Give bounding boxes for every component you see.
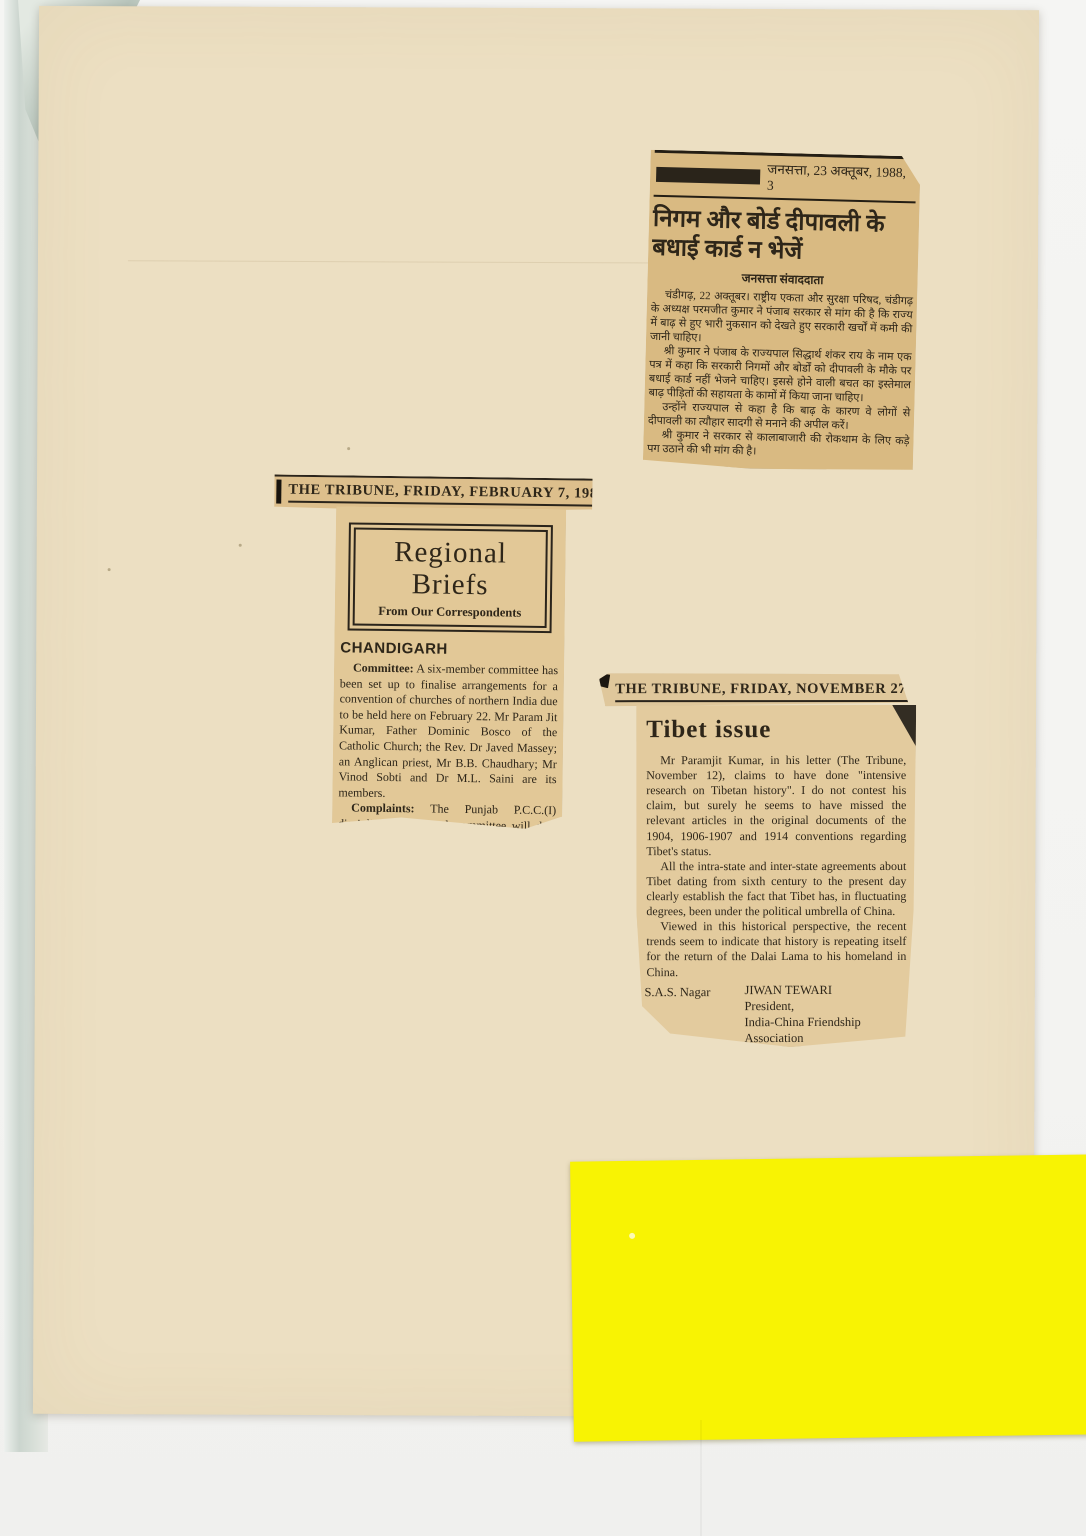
clipping-tribune-regional-briefs: THE TRIBUNE, FRIDAY, FEBRUARY 7, 1986 (3… (270, 474, 593, 830)
tibet-paragraph: All the intra-state and inter-state agre… (646, 859, 906, 920)
masthead-column-rule (276, 480, 281, 504)
letter-signature: JIWAN TEWARI President, India-China Frie… (744, 982, 916, 1062)
backing-crease (700, 1420, 702, 1536)
masthead-black-bar (656, 166, 760, 184)
regional-briefs-subtitle: From Our Correspondents (359, 604, 541, 621)
torn-edge-spot (640, 1011, 648, 1021)
jansatta-masthead: जनसत्ता, 23 अक्तूबर, 1988, 3 (767, 160, 915, 198)
clipping-tribune-tibet: THE TRIBUNE, FRIDAY, NOVEMBER 27, 1987 (… (599, 673, 955, 1053)
tibet-paragraph: Viewed in this historical perspective, t… (646, 919, 906, 980)
torn-text-remnant (338, 850, 552, 860)
tribune-feb-column: Regional Briefs From Our Correspondents … (332, 506, 566, 829)
jansatta-paragraph: चंडीगढ़, 22 अक्तूबर। राष्ट्रीय एकता और स… (650, 287, 913, 350)
paper-speck (239, 544, 242, 547)
tibet-paragraph: Mr Paramjit Kumar, in his letter (The Tr… (646, 753, 906, 859)
tibet-issue-headline: Tibet issue (646, 716, 916, 744)
committee-paragraph: Committee: A six-member committee has be… (338, 660, 558, 803)
tribune-feb-masthead: THE TRIBUNE, FRIDAY, FEBRUARY 7, 1986 (3… (288, 482, 628, 507)
paper-speck (108, 568, 111, 571)
regional-briefs-box: Regional Briefs From Our Correspondents (348, 522, 553, 633)
tribune-nov-masthead: THE TRIBUNE, FRIDAY, NOVEMBER 27, 1987 (… (615, 681, 969, 702)
letter-place: S.A.S. Nagar (644, 985, 710, 1000)
yellow-card (570, 1154, 1086, 1441)
tribune-nov-masthead-strip: THE TRIBUNE, FRIDAY, NOVEMBER 27, 1987 (… (599, 673, 908, 706)
scanned-scrapbook-page: जनसत्ता, 23 अक्तूबर, 1988, 3 निगम और बोर… (0, 0, 1086, 1536)
clipping-jansatta: जनसत्ता, 23 अक्तूबर, 1988, 3 निगम और बोर… (643, 150, 921, 473)
paper-speck (347, 447, 350, 450)
jansatta-masthead-strip: जनसत्ता, 23 अक्तूबर, 1988, 3 (654, 150, 917, 204)
tribune-nov-column: Tibet issue Mr Paramjit Kumar, in his le… (636, 705, 916, 1047)
masthead-ink-blob (599, 673, 610, 688)
yellow-card-speck (629, 1233, 635, 1239)
complaints-paragraph: Complaints: The Punjab P.C.C.(I) discipl… (338, 801, 557, 851)
section-chandigarh: CHANDIGARH (340, 639, 564, 659)
regional-briefs-title: Regional Briefs (359, 536, 542, 603)
jansatta-byline: जनसत्ता संवाददाता (651, 266, 913, 290)
jansatta-headline: निगम और बोर्ड दीपावली के बधाई कार्ड न भे… (652, 205, 915, 270)
jansatta-paragraph: श्री कुमार ने सरकार से कालाबाजारी की रोक… (647, 428, 910, 463)
jansatta-paragraph: श्री कुमार ने पंजाब के राज्यपाल सिद्धार्… (648, 344, 911, 407)
